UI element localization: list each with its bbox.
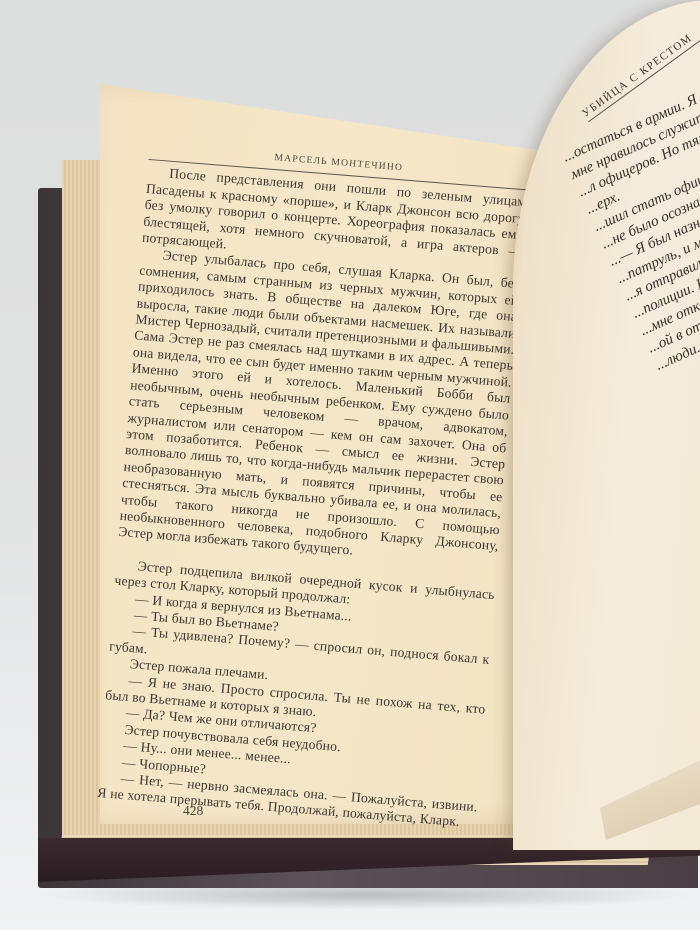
left-page-text: МАРСЕЛЬ МОНТЕЧИНО После представления он… (97, 140, 529, 832)
paragraph: Эстер улыбалась про себя, слушая Кларка.… (118, 246, 520, 571)
book-photo-scene: МАРСЕЛЬ МОНТЕЧИНО После представления он… (0, 0, 700, 930)
page-number: 428 (183, 803, 203, 819)
